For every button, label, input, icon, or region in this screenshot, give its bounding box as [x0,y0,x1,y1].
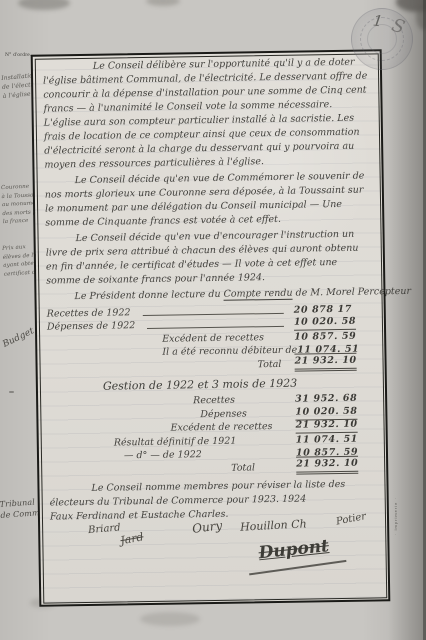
account-label: Total [231,461,255,475]
ledger-rule-line [142,303,283,315]
account-label: Excédent de recettes [170,420,272,436]
paragraph-lecture-compte: Le Président donne lecture du Compte ren… [46,285,371,304]
account-label: Dépenses de 1922 [47,319,136,334]
account-label: Dépenses [200,407,247,422]
page-edge-shadow [388,0,426,640]
gestion-block: Recettes 31 952. 68 Dépenses 10 020. 58 … [48,392,374,478]
spacer [255,474,296,475]
margin-tick-mark [9,391,14,393]
lecture-prefix: Le Président donne lecture du [74,289,223,302]
account-label: — d° — de 1922 [124,448,202,463]
account-total-amount: 21 932. 10 [296,455,358,474]
account-label: Recettes [193,394,235,409]
account-amount: 21 932. 10 [295,418,357,434]
gestion-heading: Gestion de 1922 et 3 mois de 1923 [103,375,373,393]
accounts-1922-block: Recettes de 1922 20 878 17 Dépenses de 1… [47,302,373,375]
deliberation-frame: Le Conseil délibère sur l'opportunité qu… [31,49,391,606]
scan-smudge [140,612,200,626]
ledger-rule-line [147,317,284,329]
scanned-register-page: { "margin": { "order_label": "N° d'ordre… [0,0,426,640]
lecture-suffix: de M. Morel Percepteur [292,286,411,299]
order-number-label: N° d'ordre. [5,52,31,58]
scan-smudge [146,0,180,6]
account-amount: 10 020. 58 [294,315,356,331]
paragraph-livres-de-prix: Le Conseil décide qu'en vue d'encourager… [45,227,371,288]
margin-note-budget: Budget [2,327,36,350]
lecture-underlined: Compte rendu [223,288,292,301]
account-label: Total [257,357,281,371]
scan-smudge [396,0,426,12]
printer-imprint: · Imprimerie · [393,445,398,535]
scan-smudge [18,0,70,10]
account-total-amount: 21 932. 10 [294,352,356,371]
paragraph-couronne-morts: Le Conseil décide qu'en vue de Commémore… [45,169,371,230]
paragraph-electricite-eglise: Le Conseil délibère sur l'opportunité qu… [43,55,370,172]
